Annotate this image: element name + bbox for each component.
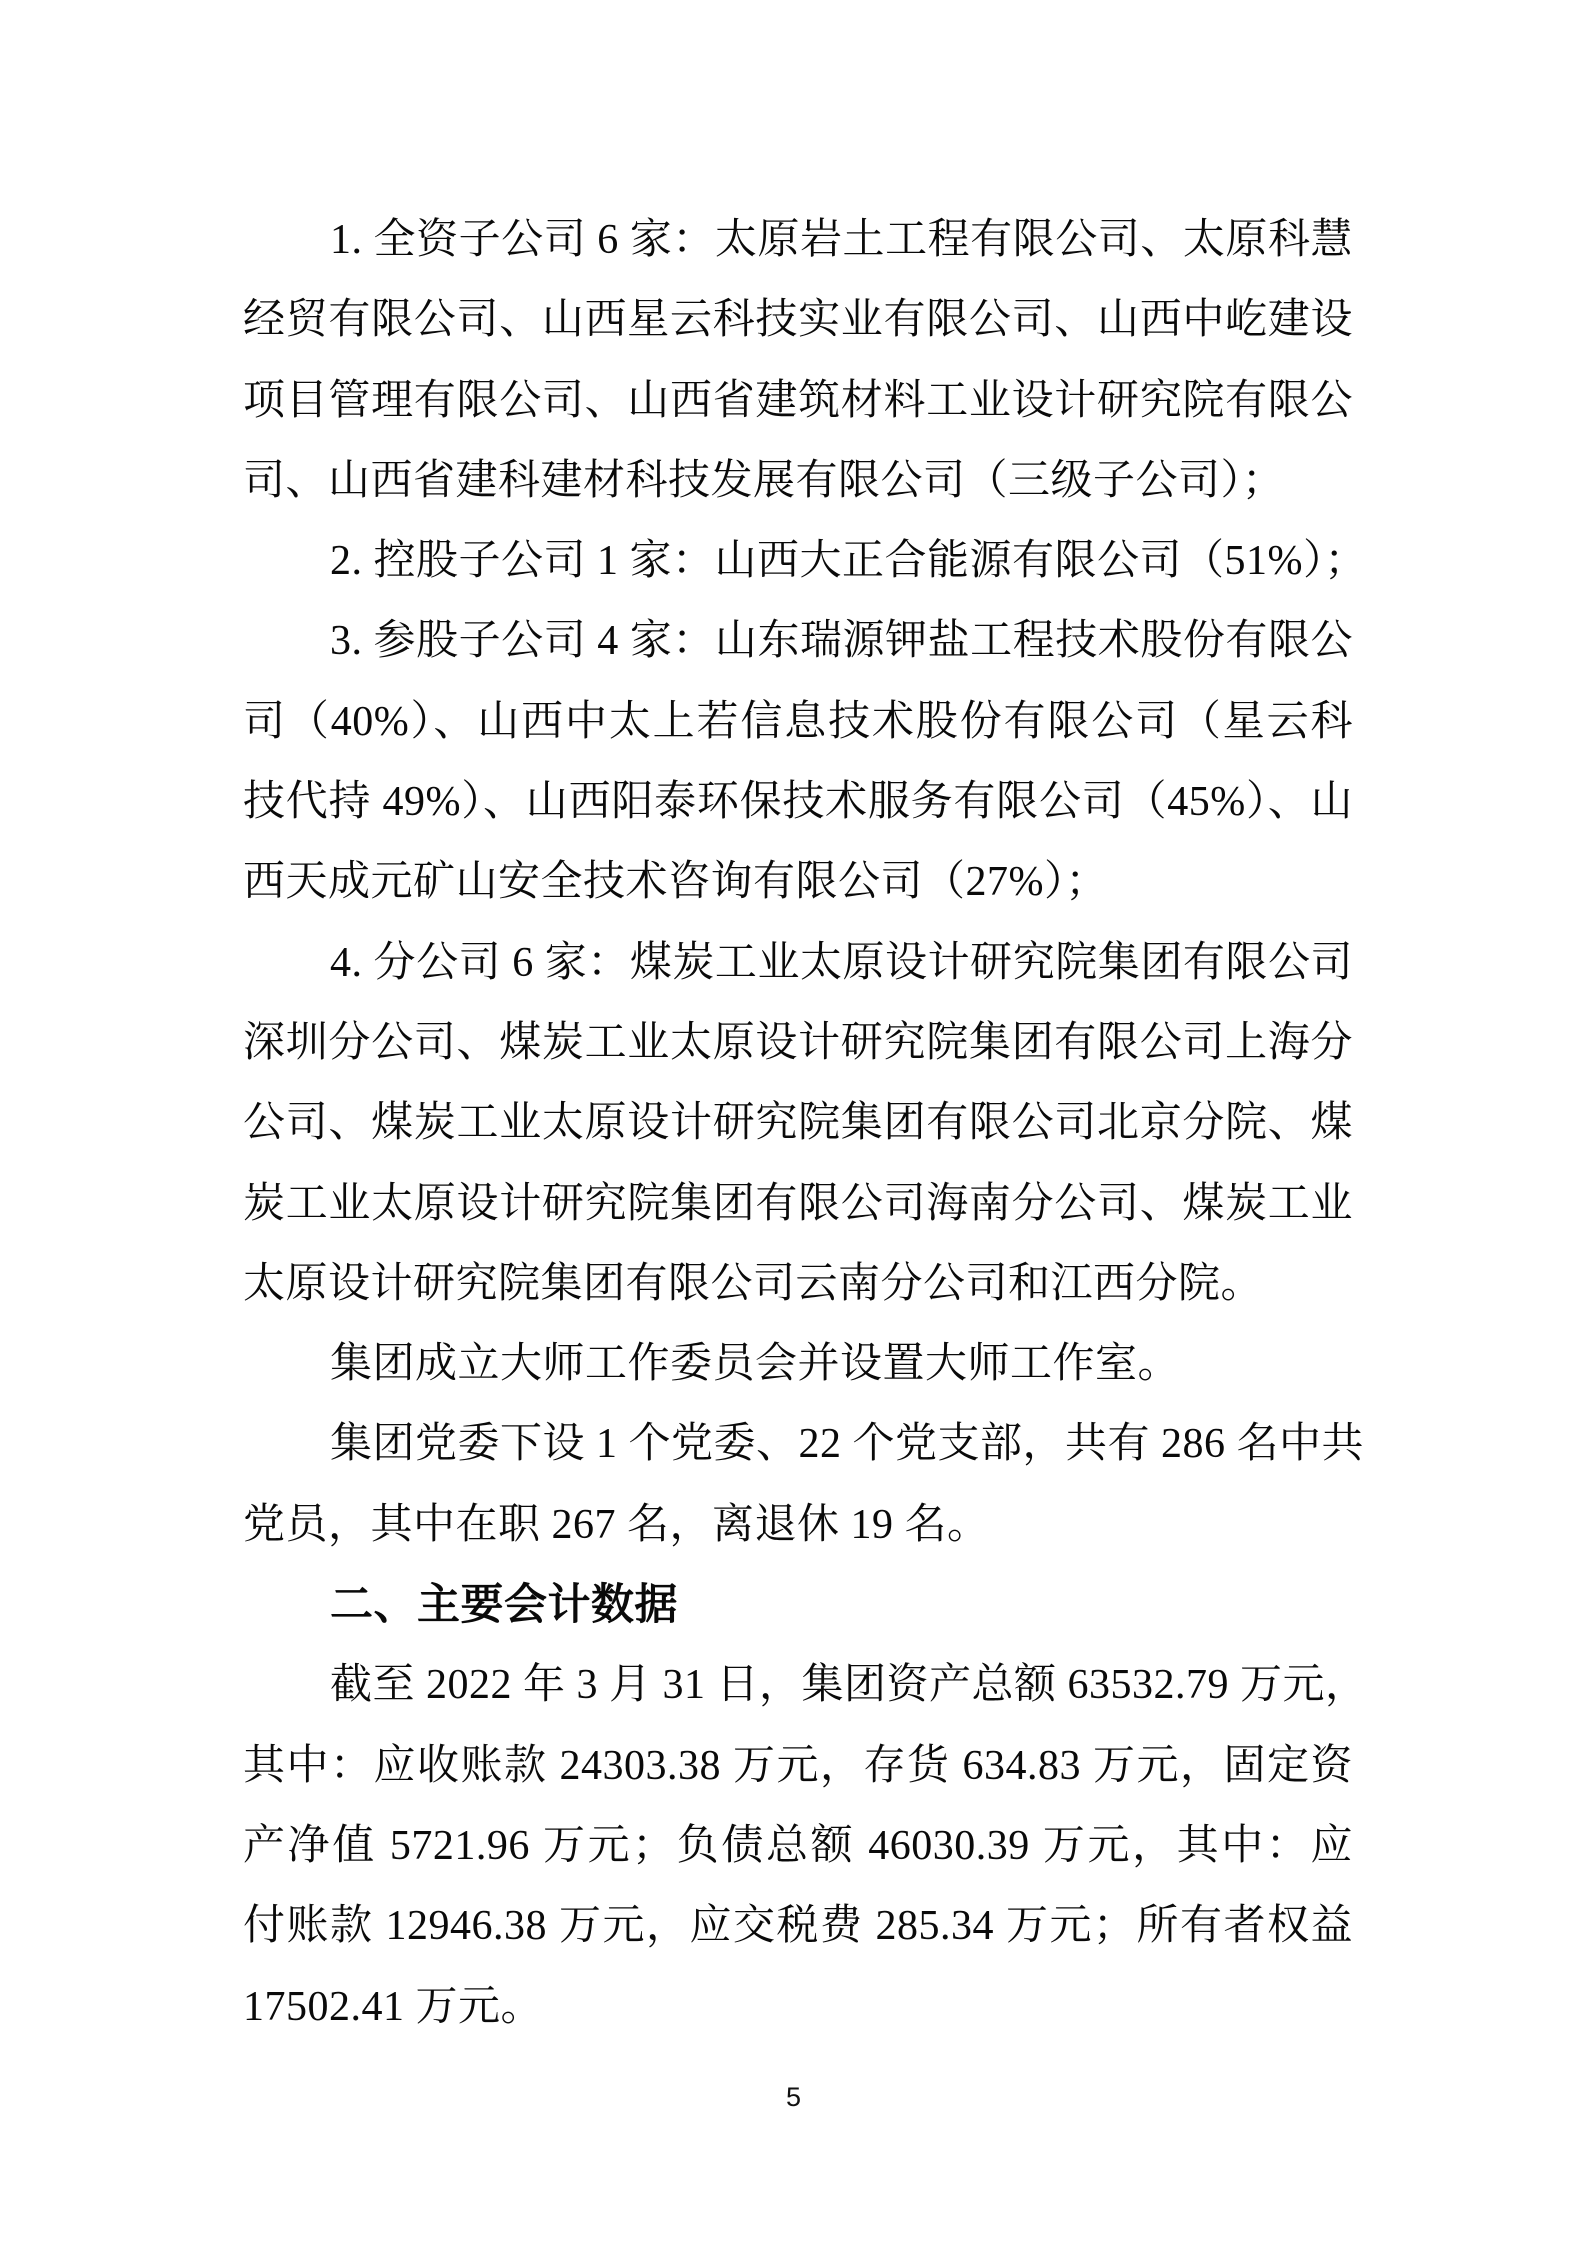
document-line: 集团党委下设 1 个党委、22 个党支部，共有 286 名中共 (243, 1404, 1353, 1484)
document-line: 技代持 49%）、山西阳泰环保技术服务有限公司（45%）、山 (243, 762, 1353, 842)
document-line: 司、山西省建科建材科技发展有限公司（三级子公司）； (243, 441, 1353, 521)
document-line: 截至 2022 年 3 月 31 日，集团资产总额 63532.79 万元， (243, 1645, 1353, 1725)
document-line: 深圳分公司、煤炭工业太原设计研究院集团有限公司上海分 (243, 1003, 1353, 1083)
document-line: 司（40%）、山西中太上若信息技术股份有限公司（星云科 (243, 682, 1353, 762)
document-page: 1. 全资子公司 6 家：太原岩土工程有限公司、太原科慧 经贸有限公司、山西星云… (0, 0, 1587, 2245)
document-line: 4. 分公司 6 家：煤炭工业太原设计研究院集团有限公司 (243, 923, 1353, 1003)
document-line: 党员，其中在职 267 名，离退休 19 名。 (243, 1485, 1353, 1565)
document-line: 经贸有限公司、山西星云科技实业有限公司、山西中屹建设 (243, 280, 1353, 360)
document-line: 付账款 12946.38 万元，应交税费 285.34 万元；所有者权益 (243, 1886, 1353, 1966)
document-line: 2. 控股子公司 1 家：山西大正合能源有限公司（51%）； (243, 521, 1353, 601)
document-line: 其中：应收账款 24303.38 万元，存货 634.83 万元，固定资 (243, 1726, 1353, 1806)
section-heading: 二、主要会计数据 (243, 1565, 1353, 1645)
document-line: 项目管理有限公司、山西省建筑材料工业设计研究院有限公 (243, 361, 1353, 441)
document-line: 17502.41 万元。 (243, 1967, 1353, 2047)
document-line: 公司、煤炭工业太原设计研究院集团有限公司北京分院、煤 (243, 1083, 1353, 1163)
document-line: 太原设计研究院集团有限公司云南分公司和江西分院。 (243, 1244, 1353, 1324)
document-line: 产净值 5721.96 万元；负债总额 46030.39 万元，其中：应 (243, 1806, 1353, 1886)
page-number: 5 (0, 2080, 1587, 2114)
document-line: 炭工业太原设计研究院集团有限公司海南分公司、煤炭工业 (243, 1164, 1353, 1244)
document-line: 1. 全资子公司 6 家：太原岩土工程有限公司、太原科慧 (243, 200, 1353, 280)
document-body: 1. 全资子公司 6 家：太原岩土工程有限公司、太原科慧 经贸有限公司、山西星云… (243, 200, 1353, 2047)
document-line: 西天成元矿山安全技术咨询有限公司（27%）； (243, 842, 1353, 922)
document-line: 集团成立大师工作委员会并设置大师工作室。 (243, 1324, 1353, 1404)
document-line: 3. 参股子公司 4 家：山东瑞源钾盐工程技术股份有限公 (243, 601, 1353, 681)
